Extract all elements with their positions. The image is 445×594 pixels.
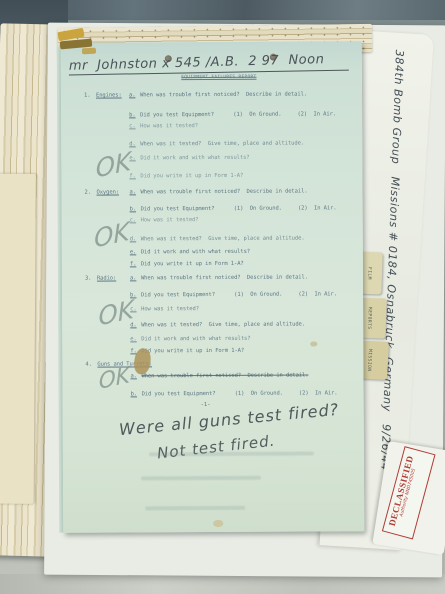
ok-pencil-mark: OK <box>94 216 130 253</box>
item-text: When was it tested? Give time, place and… <box>140 141 304 148</box>
question-line: c. How was it tested? <box>61 122 362 133</box>
page-number: -1- <box>201 402 211 408</box>
question-line: f. Did you write it up in Form 1-A? <box>62 347 363 358</box>
question-line: 1. Engines: a. When was trouble first no… <box>61 91 362 102</box>
item-text: When was trouble first noticed? Describe… <box>141 372 308 379</box>
item-letter: b. <box>131 391 137 397</box>
section-number: 3. <box>85 276 91 282</box>
table-surface-bottom <box>0 574 445 594</box>
question-line: d. When was it tested? Give time, place … <box>61 140 362 151</box>
questionnaire-page: mr Johnston x 545 /A.B. 2 97 Noon EQUIPM… <box>61 41 365 533</box>
paper-stain <box>310 341 317 346</box>
paper-stain <box>213 520 223 527</box>
bleed-through-line <box>149 451 314 456</box>
bleed-through-line <box>145 506 245 511</box>
section-label: Engines: <box>96 92 122 98</box>
question-line: f. Did you write it up in Form 1-A? <box>62 260 363 271</box>
item-letter: a. <box>129 189 135 195</box>
item-text: How was it tested? <box>141 217 199 223</box>
section-label: Oxygen: <box>96 189 119 195</box>
item-letter: b. <box>129 112 135 118</box>
handwritten-note-question: Were all guns test fired? <box>118 400 340 439</box>
item-text: Did it work and with what results? <box>140 155 249 162</box>
item-text: How was it tested? <box>141 306 199 312</box>
index-tab-label: REPORTS <box>366 307 372 330</box>
item-text: Did it work and with what results? <box>141 249 250 256</box>
item-letter: b. <box>130 206 136 212</box>
item-letter: a. <box>130 373 136 379</box>
section-number: 1. <box>84 93 90 99</box>
item-letter: e. <box>130 336 136 342</box>
handwritten-note-answer: Not test fired. <box>156 432 276 463</box>
item-letter: f. <box>130 261 136 267</box>
section-number: 4. <box>85 362 91 368</box>
question-line: e. Did it work and with what results? <box>62 335 363 346</box>
item-text: How was it tested? <box>140 123 198 129</box>
index-tab-label: MISSION <box>366 349 372 372</box>
declassified-stamp: DECLASSIFIED Authority NND745005 <box>382 446 436 539</box>
item-letter: d. <box>130 236 136 242</box>
bleed-through-line <box>141 476 261 481</box>
item-text: Did you write it up in Form 1-A? <box>140 173 243 180</box>
item-text: Did you test Equipment? (1) On Ground. (… <box>141 205 337 212</box>
item-letter: c. <box>130 217 136 223</box>
typed-title-struck: EQUIPMENT FAILURES REPORT <box>159 75 279 81</box>
question-line: b. Did you test Equipment? (1) On Ground… <box>62 205 363 216</box>
item-text: Did you write it up in Form 1-A? <box>141 261 244 268</box>
section-number: 2. <box>84 190 90 196</box>
question-line: b. Did you test Equipment? (1) On Ground… <box>61 111 362 122</box>
item-text: When was it tested? Give time, place and… <box>141 322 305 329</box>
question-line: 3. Radio: a. When was trouble first noti… <box>62 274 363 285</box>
item-text: When was trouble first noticed? Describe… <box>141 275 308 282</box>
item-text: Did it work and with what results? <box>141 336 250 343</box>
index-tab-label: FILM <box>366 266 371 279</box>
item-letter: e. <box>130 249 136 255</box>
tape-fragment <box>82 48 96 55</box>
item-letter: a. <box>129 92 135 98</box>
item-text: Did you test Equipment? (1) On Ground. (… <box>140 111 336 118</box>
archival-photo: 384th Bomb Group Missions # 0184, Osnabr… <box>0 0 445 594</box>
item-text: When was trouble first noticed? Describe… <box>140 92 307 99</box>
page-stack-sheet <box>0 174 36 504</box>
item-text: Did you test Equipment? (1) On Ground. (… <box>141 291 337 298</box>
item-text: When was it tested? Give time, place and… <box>141 236 305 243</box>
item-letter: c. <box>129 123 135 129</box>
question-line: 2. Oxygen: a. When was trouble first not… <box>61 188 362 199</box>
ok-pencil-mark: OK <box>98 363 130 395</box>
item-text: Did you write it up in Form 1-A? <box>141 348 244 355</box>
item-text: When was trouble first noticed? Describe… <box>140 189 307 196</box>
item-letter: a. <box>130 275 136 281</box>
section-label: Radio: <box>97 276 116 282</box>
item-text: Did you test Equipment? (1) On Ground. (… <box>142 390 338 397</box>
